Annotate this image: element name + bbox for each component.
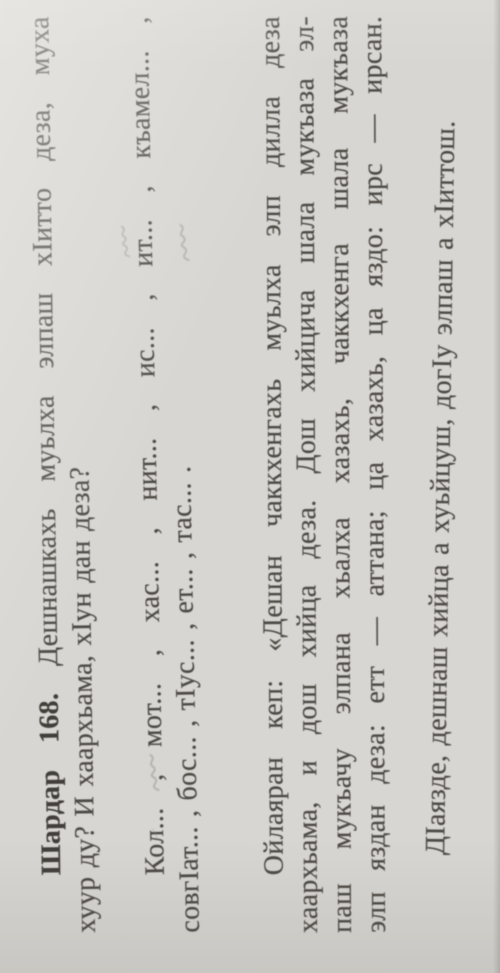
pencil-scribble: [150, 827, 160, 839]
text-line: хаархьама, и дош хийца деза. Дош хийцича…: [288, 16, 326, 933]
exercise-number-bold: Шардар 168.: [34, 693, 68, 876]
photo-of-book-page: Шардар 168. Дешнашкахь муьлха элпаш хIит…: [0, 0, 500, 973]
pencil-scribble: [144, 753, 166, 793]
text-line: Ойлаяран кеп: «Дешан чаккхенгахь муьлха …: [254, 16, 292, 933]
pencil-scribble: [116, 225, 136, 259]
paragraph-word-list: Кол... , мот... , хас... , нит... , ис..…: [122, 16, 208, 934]
book-page: Шардар 168. Дешнашкахь муьлха элпаш хIит…: [0, 0, 500, 973]
pencil-scribble: [174, 223, 196, 263]
paragraph-task: ДIаязде, дешнаш хийца а хуьйцуш, догIу э…: [418, 16, 465, 933]
text-block: Шардар 168. Дешнашкахь муьлха элпаш хIит…: [36, 16, 452, 933]
paragraph-instruction: Ойлаяран кеп: «Дешан чаккхенгахь муьлха …: [254, 16, 394, 934]
paragraph-exercise-heading: Шардар 168. Дешнашкахь муьлха элпаш хIит…: [23, 16, 104, 934]
text-line: ДIаязде, дешнаш хийца а хуьйцуш, догIу э…: [418, 16, 465, 933]
text-line: элп яздан деза: етт — аттана; ца хазахь,…: [356, 16, 394, 933]
text-line: паш мукъачу элпана хьалха хазахь, чаккхе…: [322, 16, 360, 933]
